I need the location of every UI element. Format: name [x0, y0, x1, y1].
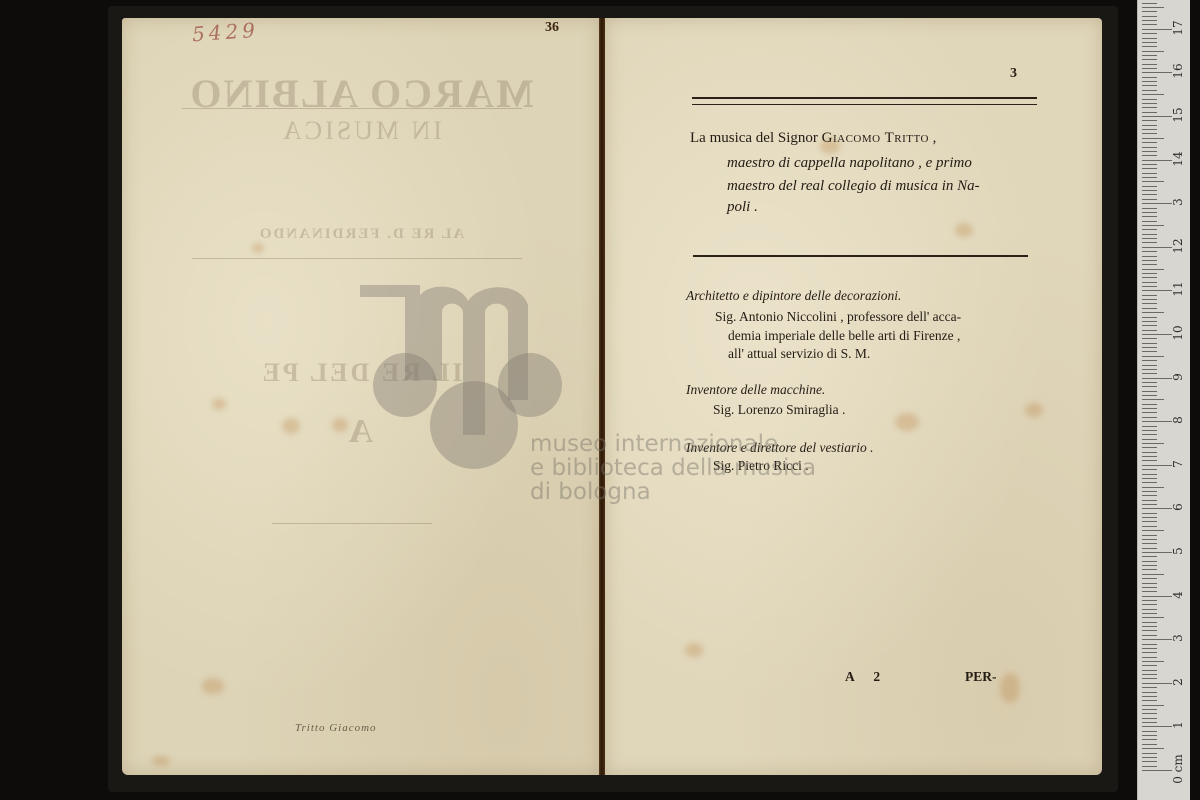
ruler-tick [1142, 229, 1157, 230]
watermark-text: museo internazionale e biblioteca della … [530, 432, 816, 504]
ruler-tick [1142, 125, 1157, 126]
ruler-tick [1142, 11, 1157, 12]
composer-detail-line: maestro di cappella napolitano , e primo [727, 155, 972, 172]
ruler-tick [1142, 208, 1157, 209]
ruler-label: 14 [1171, 149, 1185, 169]
watermark-line: museo internazionale [530, 432, 816, 456]
ghost-rule [182, 108, 522, 109]
ruler-tick [1142, 295, 1157, 296]
ruler-tick [1142, 386, 1157, 387]
ruler-tick [1142, 334, 1172, 335]
ruler-tick [1142, 190, 1157, 191]
ruler-tick [1142, 408, 1157, 409]
ruler-tick [1142, 670, 1157, 671]
ruler-tick [1142, 474, 1157, 475]
ruler-tick [1142, 495, 1157, 496]
ruler-tick [1142, 622, 1157, 623]
handwritten-signature: Tritto Giacomo [295, 722, 377, 734]
ruler-label: 3 [1171, 192, 1185, 212]
catchword: PER- [965, 669, 997, 685]
ruler-tick [1142, 103, 1157, 104]
ruler-tick [1142, 85, 1157, 86]
foxing-stain [955, 223, 973, 237]
ruler-tick [1142, 447, 1157, 448]
ruler-tick [1142, 600, 1157, 601]
ruler-tick [1142, 212, 1157, 213]
ruler-tick [1142, 81, 1157, 82]
ruler-tick [1142, 587, 1157, 588]
foxing-stain [1000, 673, 1020, 703]
ruler-tick [1142, 626, 1157, 627]
ruler-tick [1142, 430, 1157, 431]
signature-mark: A 2 [845, 669, 888, 685]
ruler-tick [1142, 718, 1157, 719]
ruler-tick [1142, 578, 1157, 579]
ruler-label: 16 [1171, 61, 1185, 81]
ruler-tick [1142, 299, 1157, 300]
ruler-tick [1142, 168, 1157, 169]
credit-name-line: Sig. Antonio Niccolini , professore dell… [715, 309, 961, 325]
section-rule [693, 255, 1028, 257]
ruler-tick [1142, 216, 1157, 217]
ruler-tick [1142, 726, 1172, 727]
ruler-tick [1142, 116, 1172, 117]
ruler-tick [1142, 373, 1157, 374]
ruler-tick [1142, 112, 1157, 113]
ruler-tick [1142, 548, 1157, 549]
composer-detail-line: maestro del real collegio di musica in N… [727, 178, 980, 195]
ruler-tick [1142, 3, 1157, 4]
ruler-tick [1142, 709, 1157, 710]
ruler-tick [1142, 247, 1172, 248]
ruler-tick [1142, 404, 1157, 405]
ruler-tick [1142, 434, 1157, 435]
ruler-tick [1142, 460, 1157, 461]
ruler-tick [1142, 543, 1157, 544]
ruler-tick [1142, 382, 1157, 383]
ruler-tick [1142, 739, 1157, 740]
ghost-subtitle: IN MUSICA [122, 116, 600, 146]
ruler-tick [1142, 535, 1157, 536]
ruler-label: 8 [1171, 410, 1185, 430]
ruler-tick [1142, 569, 1157, 570]
ruler-tick [1142, 129, 1157, 130]
ruler-unit-label: 0 cm [1171, 752, 1185, 786]
ruler-tick [1142, 90, 1157, 91]
ruler-tick [1142, 705, 1164, 706]
ruler-tick [1142, 269, 1164, 270]
ruler-tick [1142, 256, 1157, 257]
ruler-tick [1142, 508, 1172, 509]
ruler-tick [1142, 133, 1157, 134]
ghost-heading: AL RE D. FERDINANDO [122, 226, 600, 243]
ruler-tick [1142, 325, 1157, 326]
ruler-tick [1142, 321, 1157, 322]
ruler-tick [1142, 64, 1157, 65]
credit-name-line: demia imperiale delle belle arti di Fire… [728, 328, 960, 344]
ruler-tick [1142, 556, 1157, 557]
ruler-tick [1142, 678, 1157, 679]
ruler-tick [1142, 38, 1157, 39]
ruler-tick [1142, 186, 1157, 187]
foxing-stain [212, 398, 226, 410]
ruler-tick [1142, 521, 1157, 522]
ruler-tick [1142, 674, 1157, 675]
ruler-tick [1142, 177, 1157, 178]
ruler-tick [1142, 700, 1157, 701]
ruler-tick [1142, 696, 1157, 697]
ruler-tick [1142, 317, 1157, 318]
ruler-label: 5 [1171, 541, 1185, 561]
ruler-tick [1142, 770, 1172, 771]
foxing-stain [152, 756, 170, 766]
credit-name-line: all' attual servizio di S. M. [728, 346, 870, 362]
ruler-tick [1142, 722, 1157, 723]
ruler-tick [1142, 482, 1157, 483]
ruler-tick [1142, 20, 1157, 21]
ruler-tick [1142, 491, 1157, 492]
ruler-tick [1142, 338, 1157, 339]
ruler-tick [1142, 465, 1172, 466]
ruler-tick [1142, 138, 1164, 139]
ruler-tick [1142, 378, 1172, 379]
ruler-tick [1142, 330, 1157, 331]
ruler-tick [1142, 238, 1157, 239]
watermark-line: di bologna [530, 480, 816, 504]
ruler-tick [1142, 286, 1157, 287]
ruler-tick [1142, 443, 1164, 444]
ink-corner-mark: 36 [545, 20, 559, 36]
ruler-tick [1142, 526, 1157, 527]
watermark-line: e biblioteca della musica [530, 456, 816, 480]
ruler-tick [1142, 504, 1157, 505]
ruler-tick [1142, 303, 1157, 304]
composer-lead: La musica del Signor [690, 130, 818, 146]
ruler-tick [1142, 24, 1157, 25]
ruler-tick [1142, 147, 1157, 148]
composer-name: Giacomo Tritto [822, 130, 929, 146]
ruler-tick [1142, 225, 1164, 226]
ruler-tick [1142, 242, 1157, 243]
ruler-tick [1142, 609, 1157, 610]
ruler-tick [1142, 644, 1157, 645]
composer-credit-line: La musica del Signor Giacomo Tritto , [690, 130, 936, 147]
ruler-tick [1142, 264, 1157, 265]
ruler-tick [1142, 530, 1164, 531]
ruler-tick [1142, 652, 1157, 653]
ruler-tick [1142, 120, 1157, 121]
ruler-tick [1142, 426, 1157, 427]
ruler-tick [1142, 552, 1172, 553]
credit-role-machines: Inventore delle macchine. [686, 382, 825, 398]
ruler-label: 15 [1171, 105, 1185, 125]
ruler-tick [1142, 251, 1157, 252]
ruler-tick [1142, 107, 1157, 108]
ruler-tick [1142, 155, 1157, 156]
ruler-label: 12 [1171, 236, 1185, 256]
ruler-label: 3 [1171, 628, 1185, 648]
ruler-tick [1142, 29, 1172, 30]
ruler-tick [1142, 347, 1157, 348]
page-number: 3 [1010, 66, 1017, 82]
ruler-label: 11 [1171, 279, 1185, 299]
ruler-tick [1142, 657, 1157, 658]
ruler-tick [1142, 46, 1157, 47]
ruler-tick [1142, 517, 1157, 518]
ruler-tick [1142, 369, 1157, 370]
ruler-tick [1142, 565, 1157, 566]
ruler-tick [1142, 51, 1164, 52]
ruler-tick [1142, 391, 1157, 392]
ruler-tick [1142, 160, 1172, 161]
ruler-tick [1142, 639, 1172, 640]
ruler-tick [1142, 469, 1157, 470]
composer-comma: , [933, 130, 937, 146]
ruler-tick [1142, 164, 1157, 165]
ruler-tick [1142, 72, 1172, 73]
ruler-tick [1142, 55, 1157, 56]
ruler-tick [1142, 604, 1157, 605]
foxing-stain [252, 243, 264, 253]
ruler-tick [1142, 744, 1157, 745]
ruler-tick [1142, 77, 1157, 78]
foxing-stain [1025, 403, 1043, 417]
ruler-tick [1142, 181, 1164, 182]
ruler-tick [1142, 661, 1164, 662]
ruler-tick [1142, 630, 1157, 631]
ruler-tick [1142, 735, 1157, 736]
ruler-tick [1142, 351, 1157, 352]
ghost-rule-2 [192, 258, 522, 259]
ruler-tick [1142, 417, 1157, 418]
ruler-tick [1142, 142, 1157, 143]
ruler-tick [1142, 539, 1157, 540]
ruler-label: 7 [1171, 454, 1185, 474]
ruler-tick [1142, 16, 1157, 17]
foxing-stain [332, 418, 348, 432]
ruler-tick [1142, 33, 1157, 34]
ruler-tick [1142, 757, 1157, 758]
ruler-tick [1142, 635, 1157, 636]
ruler-label: 4 [1171, 585, 1185, 605]
ruler-tick [1142, 692, 1157, 693]
ruler-tick [1142, 421, 1172, 422]
ruler-tick [1142, 761, 1157, 762]
ruler-tick [1142, 360, 1157, 361]
composer-detail-line: poli . [727, 199, 758, 216]
credit-role-architect: Architetto e dipintore delle decorazioni… [686, 288, 901, 304]
ruler-tick [1142, 766, 1157, 767]
ruler-tick [1142, 561, 1157, 562]
ruler-tick [1142, 456, 1157, 457]
foxing-stain [282, 418, 300, 434]
ruler-label: 6 [1171, 497, 1185, 517]
ruler-tick [1142, 308, 1157, 309]
ruler-label: 17 [1171, 18, 1185, 38]
ruler-tick [1142, 365, 1157, 366]
ruler-tick [1142, 234, 1157, 235]
ruler-tick [1142, 277, 1157, 278]
ruler-tick [1142, 478, 1157, 479]
ruler-tick [1142, 173, 1157, 174]
ruler-tick [1142, 312, 1164, 313]
ruler-tick [1142, 282, 1157, 283]
ruler-tick [1142, 648, 1157, 649]
ruler-tick [1142, 412, 1157, 413]
ruler-tick [1142, 194, 1157, 195]
double-rule-top [692, 97, 1037, 99]
foxing-stain [202, 678, 224, 694]
ruler-tick [1142, 591, 1157, 592]
ruler-tick [1142, 94, 1164, 95]
ruler-tick [1142, 596, 1172, 597]
ruler-tick [1142, 68, 1157, 69]
ruler-tick [1142, 731, 1157, 732]
ruler-tick [1142, 713, 1157, 714]
ruler-tick [1142, 452, 1157, 453]
ruler-tick [1142, 99, 1157, 100]
ruler-tick [1142, 356, 1164, 357]
ruler-tick [1142, 487, 1164, 488]
ruler-tick [1142, 42, 1157, 43]
ruler-tick [1142, 59, 1157, 60]
ghost-rule-3 [272, 523, 432, 524]
ruler-tick [1142, 7, 1164, 8]
ruler-tick [1142, 439, 1157, 440]
ruler-label: 9 [1171, 367, 1185, 387]
ruler-tick [1142, 203, 1172, 204]
ruler-tick [1142, 273, 1157, 274]
ruler-tick [1142, 665, 1157, 666]
handwritten-catalog-number: 5429 [191, 18, 259, 47]
foxing-stain [685, 643, 703, 657]
measurement-ruler: 0 cm123456789101112314151617 [1137, 0, 1190, 800]
ruler-tick [1142, 613, 1157, 614]
ruler-tick [1142, 399, 1164, 400]
ruler-tick [1142, 513, 1157, 514]
ruler-tick [1142, 687, 1157, 688]
credit-name-line: Sig. Lorenzo Smiraglia . [713, 402, 845, 418]
double-rule-bottom [692, 104, 1037, 105]
ruler-tick [1142, 617, 1164, 618]
ruler-tick [1142, 221, 1157, 222]
ruler-label: 1 [1171, 715, 1185, 735]
ruler-tick [1142, 395, 1157, 396]
ruler-tick [1142, 583, 1157, 584]
ruler-tick [1142, 260, 1157, 261]
ruler-tick [1142, 343, 1157, 344]
ruler-tick [1142, 753, 1157, 754]
ghost-title: MARCO ALBINO [122, 70, 600, 117]
ruler-tick [1142, 500, 1157, 501]
ruler-label: 10 [1171, 323, 1185, 343]
ruler-tick [1142, 199, 1157, 200]
ruler-tick [1142, 683, 1172, 684]
ruler-label: 2 [1171, 672, 1185, 692]
ruler-tick [1142, 151, 1157, 152]
foxing-stain [895, 413, 919, 431]
ruler-tick [1142, 748, 1164, 749]
ruler-tick [1142, 574, 1164, 575]
ruler-tick [1142, 290, 1172, 291]
